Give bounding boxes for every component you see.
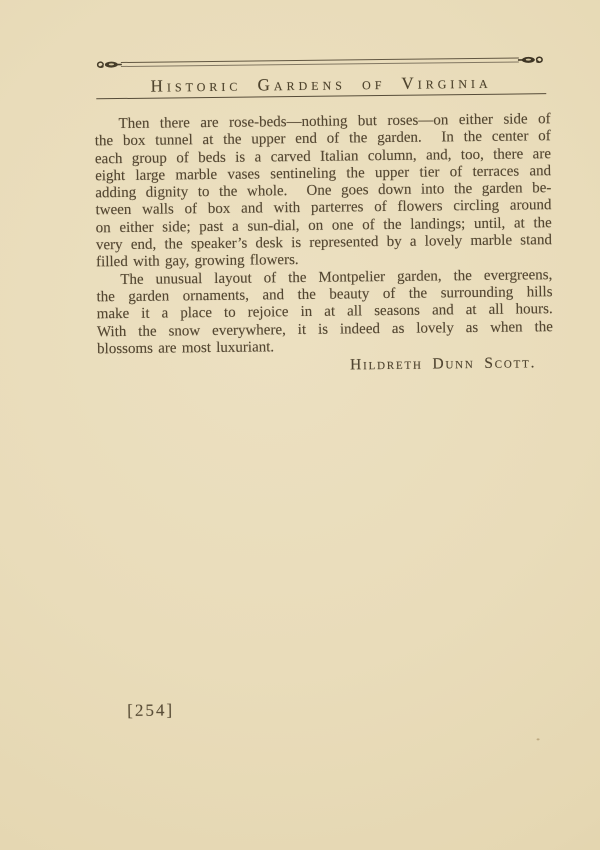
- paper-speck: [537, 738, 540, 740]
- page-number: [254]: [127, 700, 174, 721]
- header-double-rule: [121, 57, 519, 67]
- scanned-book-page: { "header": { "title": "Historic Gardens…: [0, 0, 600, 850]
- paper-speck: [259, 192, 261, 194]
- body-text: Then there are rose-beds—nothing but ros…: [94, 111, 553, 377]
- paragraph: The unusual layout of the Montpelier gar…: [96, 267, 553, 359]
- paragraph: Then there are rose-beds—nothing but ros…: [94, 111, 552, 272]
- scroll-left-icon: [96, 59, 122, 70]
- page-content: Historic Gardens of Virginia Then there …: [0, 0, 600, 850]
- header-ornament-rule: [96, 54, 544, 70]
- scroll-right-icon: [518, 54, 544, 65]
